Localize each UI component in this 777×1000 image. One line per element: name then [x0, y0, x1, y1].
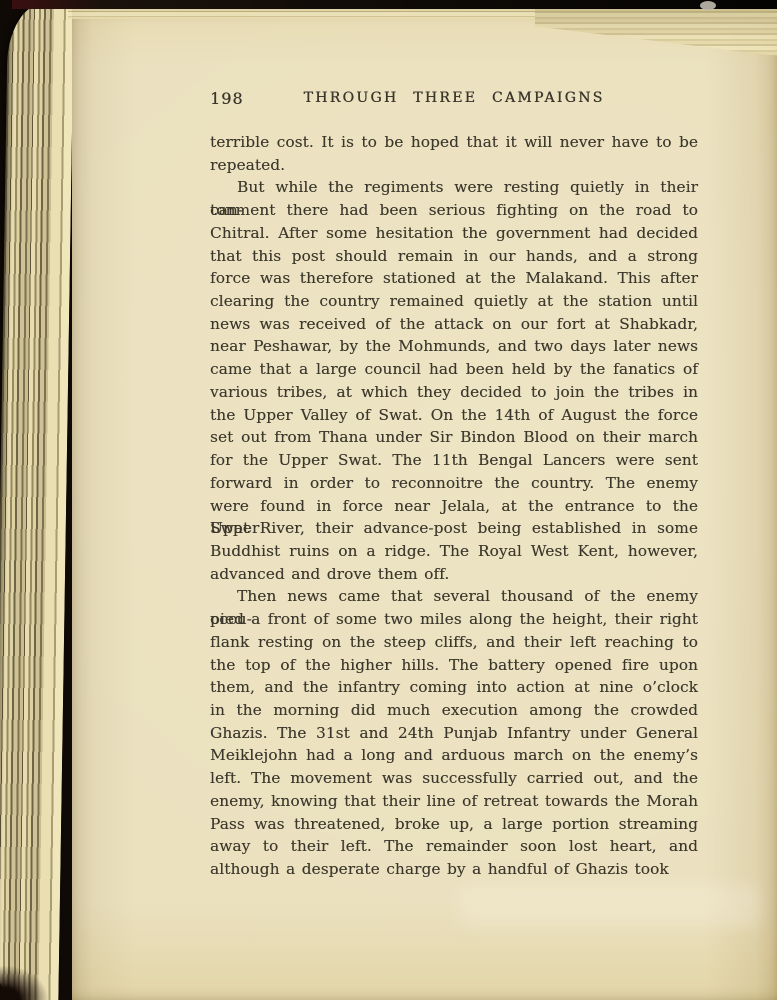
- text-line: Ghazis. The 31st and 24th Punjab Infantr…: [210, 722, 698, 745]
- paper-sheen: [459, 884, 759, 928]
- text-line: Chitral. After some hesitation the gover…: [210, 222, 698, 245]
- page-edge-stack: [0, 3, 74, 1000]
- text-line: the Upper Valley of Swat. On the 14th of…: [210, 404, 698, 427]
- text-line: away to their left. The remainder soon l…: [210, 835, 698, 858]
- text-line: enemy, knowing that their line of retrea…: [210, 790, 698, 813]
- text-line: terrible cost. It is to be hoped that it…: [210, 131, 698, 154]
- text-line: But while the regiments were resting qui…: [210, 176, 698, 199]
- text-line: for the Upper Swat. The 11th Bengal Lanc…: [210, 449, 698, 472]
- text-line: clearing the country remained quietly at…: [210, 290, 698, 313]
- text-line: advanced and drove them off.: [210, 563, 698, 586]
- text-line: Pass was threatened, broke up, a large p…: [210, 813, 698, 836]
- text-line: forward in order to reconnoitre the coun…: [210, 472, 698, 495]
- text-line: pied a front of some two miles along the…: [210, 608, 698, 631]
- text-line: them, and the infantry coming into actio…: [210, 676, 698, 699]
- text-line: Swat River, their advance-post being est…: [210, 517, 698, 540]
- text-line: came that a large council had been held …: [210, 358, 698, 381]
- page-content: 198 THROUGH THREE CAMPAIGNS terrible cos…: [210, 88, 698, 881]
- text-line: set out from Thana under Sir Bindon Bloo…: [210, 426, 698, 449]
- text-line: the top of the higher hills. The battery…: [210, 654, 698, 677]
- text-line: in the morning did much execution among …: [210, 699, 698, 722]
- text-line: various tribes, at which they decided to…: [210, 381, 698, 404]
- scan-top-border: [12, 0, 777, 9]
- text-line: were found in force near Jelala, at the …: [210, 495, 698, 518]
- text-line: Meiklejohn had a long and arduous march …: [210, 744, 698, 767]
- text-line: although a desperate charge by a handful…: [210, 858, 698, 881]
- text-line: Buddhist ruins on a ridge. The Royal Wes…: [210, 540, 698, 563]
- text-line: flank resting on the steep cliffs, and t…: [210, 631, 698, 654]
- text-line: repeated.: [210, 154, 698, 177]
- text-line: force was therefore stationed at the Mal…: [210, 267, 698, 290]
- page-corner-highlight: [700, 1, 716, 10]
- running-head: THROUGH THREE CAMPAIGNS: [210, 88, 698, 106]
- text-line: tonment there had been serious fighting …: [210, 199, 698, 222]
- page-number: 198: [210, 89, 244, 108]
- page-header: 198 THROUGH THREE CAMPAIGNS: [210, 88, 698, 108]
- book-scan: 198 THROUGH THREE CAMPAIGNS terrible cos…: [0, 0, 777, 1000]
- page-body: terrible cost. It is to be hoped that it…: [210, 131, 698, 881]
- text-line: near Peshawar, by the Mohmunds, and two …: [210, 335, 698, 358]
- text-line: news was received of the attack on our f…: [210, 313, 698, 336]
- text-line: that this post should remain in our hand…: [210, 245, 698, 268]
- bottom-left-shadow: [0, 966, 48, 1000]
- text-line: left. The movement was successfully carr…: [210, 767, 698, 790]
- text-line: Then news came that several thousand of …: [210, 585, 698, 608]
